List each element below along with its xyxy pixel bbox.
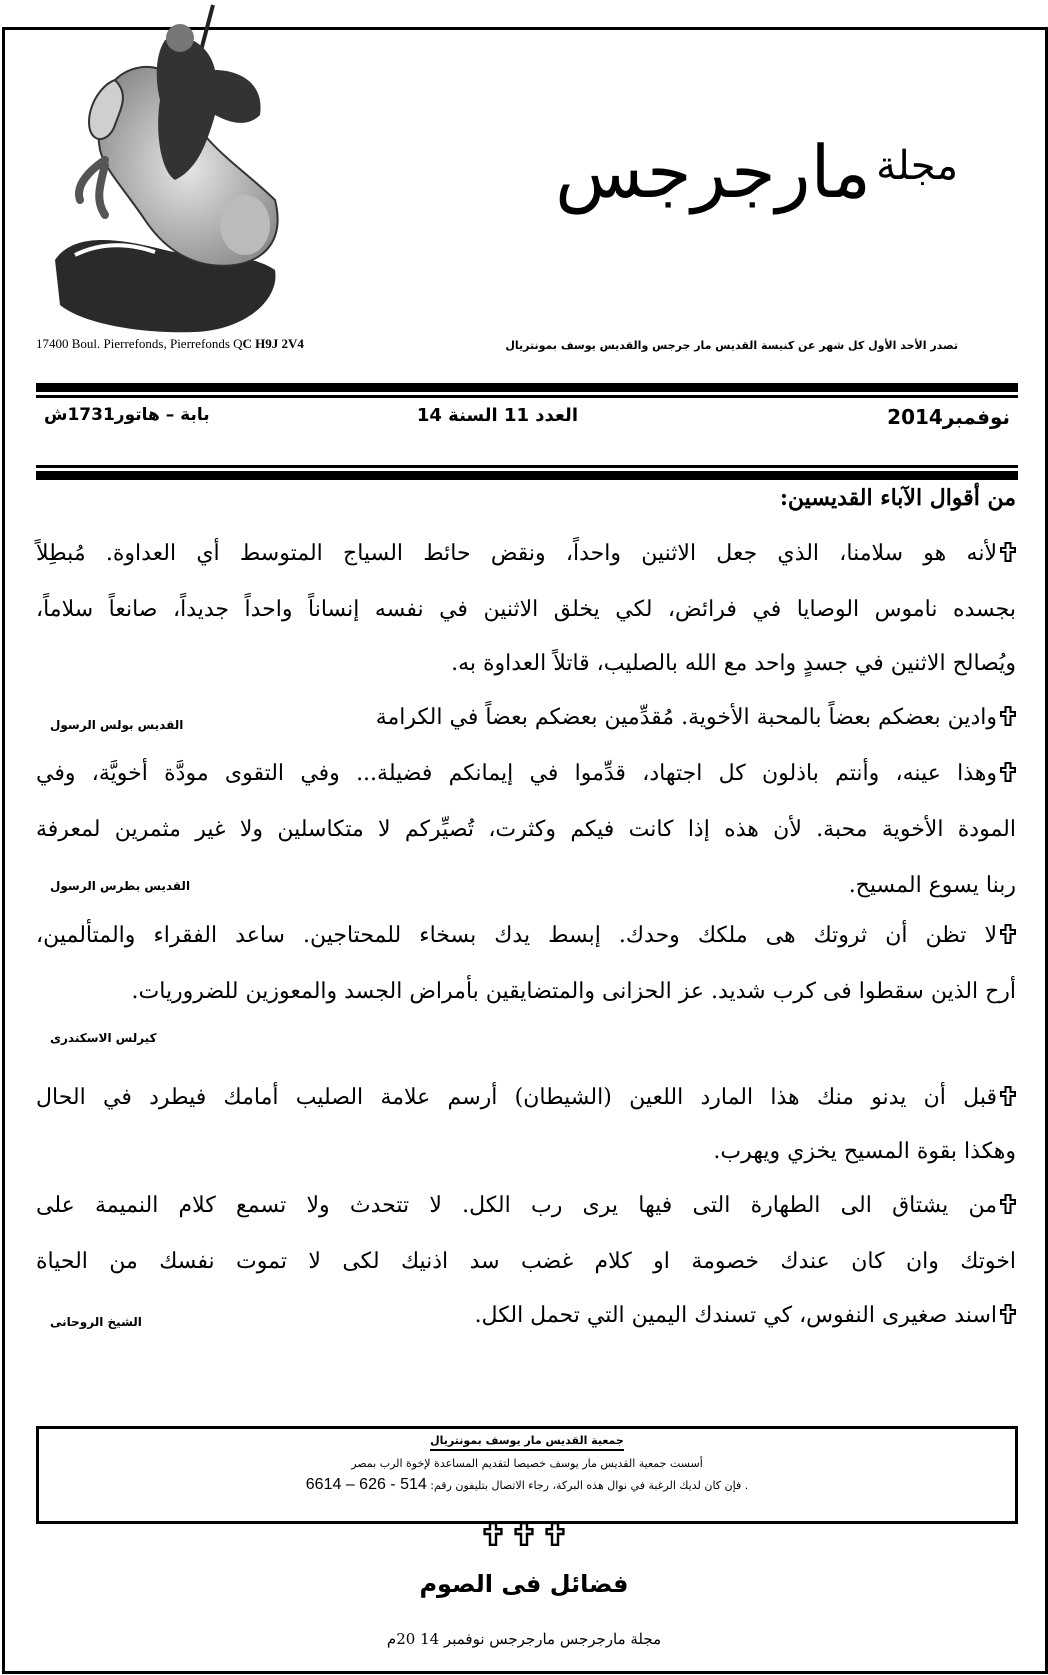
saying-text: وهذا عينه، وأنتم باذلون كل اجتهاد، قدِّم…	[36, 761, 997, 786]
saying-line: لأنه هو سلامنا، الذي جعل الاثنين واحداً،…	[36, 541, 1016, 566]
coptic-cross-icon	[1000, 924, 1016, 944]
header-rule-bottom-thick	[36, 471, 1018, 480]
address-text: 17400 Boul. Pierrefonds, Pierrefonds Q	[36, 336, 243, 351]
coptic-cross-icon	[513, 1522, 535, 1546]
notice-contact: . فإن كان لديك الرغبة في نوال هذه البركة…	[39, 1476, 1015, 1494]
coptic-cross-icon	[1000, 1086, 1016, 1106]
postal-code: C H9J 2V4	[243, 336, 304, 351]
magazine-title-prefix: مجلة	[876, 143, 958, 189]
notice-title: جمعية القديس مار يوسف بمونتريال	[430, 1434, 624, 1451]
coptic-cross-icon	[1000, 706, 1016, 726]
saying-text: أرح الذين سقطوا فى كرب شديد. عز الحزانى …	[132, 979, 1016, 1004]
saying-text: وادين بعضكم بعضاً بالمحبة الأخوية. مُقدِ…	[376, 705, 997, 730]
issue-number: العدد 11 السنة 14	[417, 405, 578, 426]
saying-text: بجسده ناموس الوصايا في فرائض، لكي يخلق ا…	[36, 597, 1016, 622]
magazine-title: مجلة مارجرجس	[555, 130, 958, 214]
publication-tagline: تصدر الأحد الأول كل شهر عن كنيسة القديس …	[505, 339, 958, 352]
section-heading: من أقوال الآباء القديسين:	[780, 485, 1016, 511]
header-rule-top-thick	[36, 383, 1018, 392]
coptic-cross-icon	[482, 1522, 504, 1546]
saying-line: قبل أن يدنو منك هذا المارد اللعين (الشيط…	[36, 1085, 1016, 1110]
saying-line: وهذا عينه، وأنتم باذلون كل اجتهاد، قدِّم…	[36, 761, 1016, 786]
saying-text: اسند صغيرى النفوس، كي تسندك اليمين التي …	[475, 1303, 997, 1328]
coptic-cross-icon	[1000, 542, 1016, 562]
saying-line: المودة الأخوية محبة. لأن هذه إذا كانت في…	[36, 817, 1016, 842]
saying-text: ويُصالح الاثنين في جسدٍ واحد مع الله بال…	[451, 651, 1016, 676]
saying-text: قبل أن يدنو منك هذا المارد اللعين (الشيط…	[36, 1085, 997, 1110]
saying-text: وهكذا بقوة المسيح يخزي ويهرب.	[713, 1139, 1016, 1164]
coptic-cross-icon	[1000, 1304, 1016, 1324]
coptic-date: بابة – هاتور1731ش	[44, 405, 210, 425]
coptic-cross-icon	[544, 1522, 566, 1546]
saying-line: اسند صغيرى النفوس، كي تسندك اليمين التي …	[36, 1303, 1016, 1328]
saying-text: لا تظن أن ثروتك هى ملكك وحدك. إبسط يدك ب…	[36, 923, 997, 948]
notice-description: أسست جمعية القديس مار يوسف خصيصا لتقديم …	[39, 1457, 1015, 1470]
attribution-spiritual-elder: الشيخ الروحانى	[50, 1315, 142, 1329]
st-george-logo-icon	[45, 0, 285, 335]
next-article-title: فضائل فى الصوم	[0, 1570, 1048, 1598]
saying-line: أرح الذين سقطوا فى كرب شديد. عز الحزانى …	[36, 979, 1016, 1004]
issue-date: نوفمبر2014	[887, 405, 1010, 429]
saying-line: ويُصالح الاثنين في جسدٍ واحد مع الله بال…	[36, 651, 1016, 676]
saying-line: وهكذا بقوة المسيح يخزي ويهرب.	[36, 1139, 1016, 1164]
saying-text: المودة الأخوية محبة. لأن هذه إذا كانت في…	[36, 817, 1016, 842]
attribution-cyril: كيرلس الاسكندرى	[50, 1031, 157, 1045]
footer-publication-line: مجلة مارجرجس مارجرجس نوفمبر 14 20م	[0, 1630, 1048, 1648]
attribution-paul: القديس بولس الرسول	[50, 718, 183, 732]
st-joseph-society-notice: جمعية القديس مار يوسف بمونتريال أسست جمع…	[36, 1426, 1018, 1524]
coptic-cross-icon	[1000, 762, 1016, 782]
saying-line: من يشتاق الى الطهارة التى فيها يرى رب ال…	[36, 1193, 1016, 1218]
saying-text: ربنا يسوع المسيح.	[849, 873, 1016, 898]
saying-line: بجسده ناموس الوصايا في فرائض، لكي يخلق ا…	[36, 597, 1016, 622]
saying-line: لا تظن أن ثروتك هى ملكك وحدك. إبسط يدك ب…	[36, 923, 1016, 948]
saying-text: من يشتاق الى الطهارة التى فيها يرى رب ال…	[36, 1193, 997, 1218]
contact-text: . فإن كان لديك الرغبة في نوال هذه البركة…	[430, 1479, 748, 1492]
coptic-cross-icon	[1000, 1194, 1016, 1214]
attribution-peter: القديس بطرس الرسول	[50, 879, 190, 893]
saying-text: اخوتك وان كان عندك خصومة او كلام غضب سد …	[36, 1249, 1016, 1274]
header-rule-bottom-thin	[36, 465, 1018, 468]
saying-text: لأنه هو سلامنا، الذي جعل الاثنين واحداً،…	[36, 541, 997, 566]
header-rule-top-thin	[36, 395, 1018, 398]
church-address: 17400 Boul. Pierrefonds, Pierrefonds QC …	[36, 336, 304, 352]
saying-line: اخوتك وان كان عندك خصومة او كلام غضب سد …	[36, 1249, 1016, 1274]
issue-info-bar: نوفمبر2014 العدد 11 السنة 14 بابة – هاتو…	[36, 405, 1018, 435]
magazine-title-name: مارجرجس	[555, 130, 871, 214]
three-coptic-crosses-icon	[0, 1522, 1048, 1548]
phone-number: 6614 – 626 - 514	[306, 1476, 427, 1493]
